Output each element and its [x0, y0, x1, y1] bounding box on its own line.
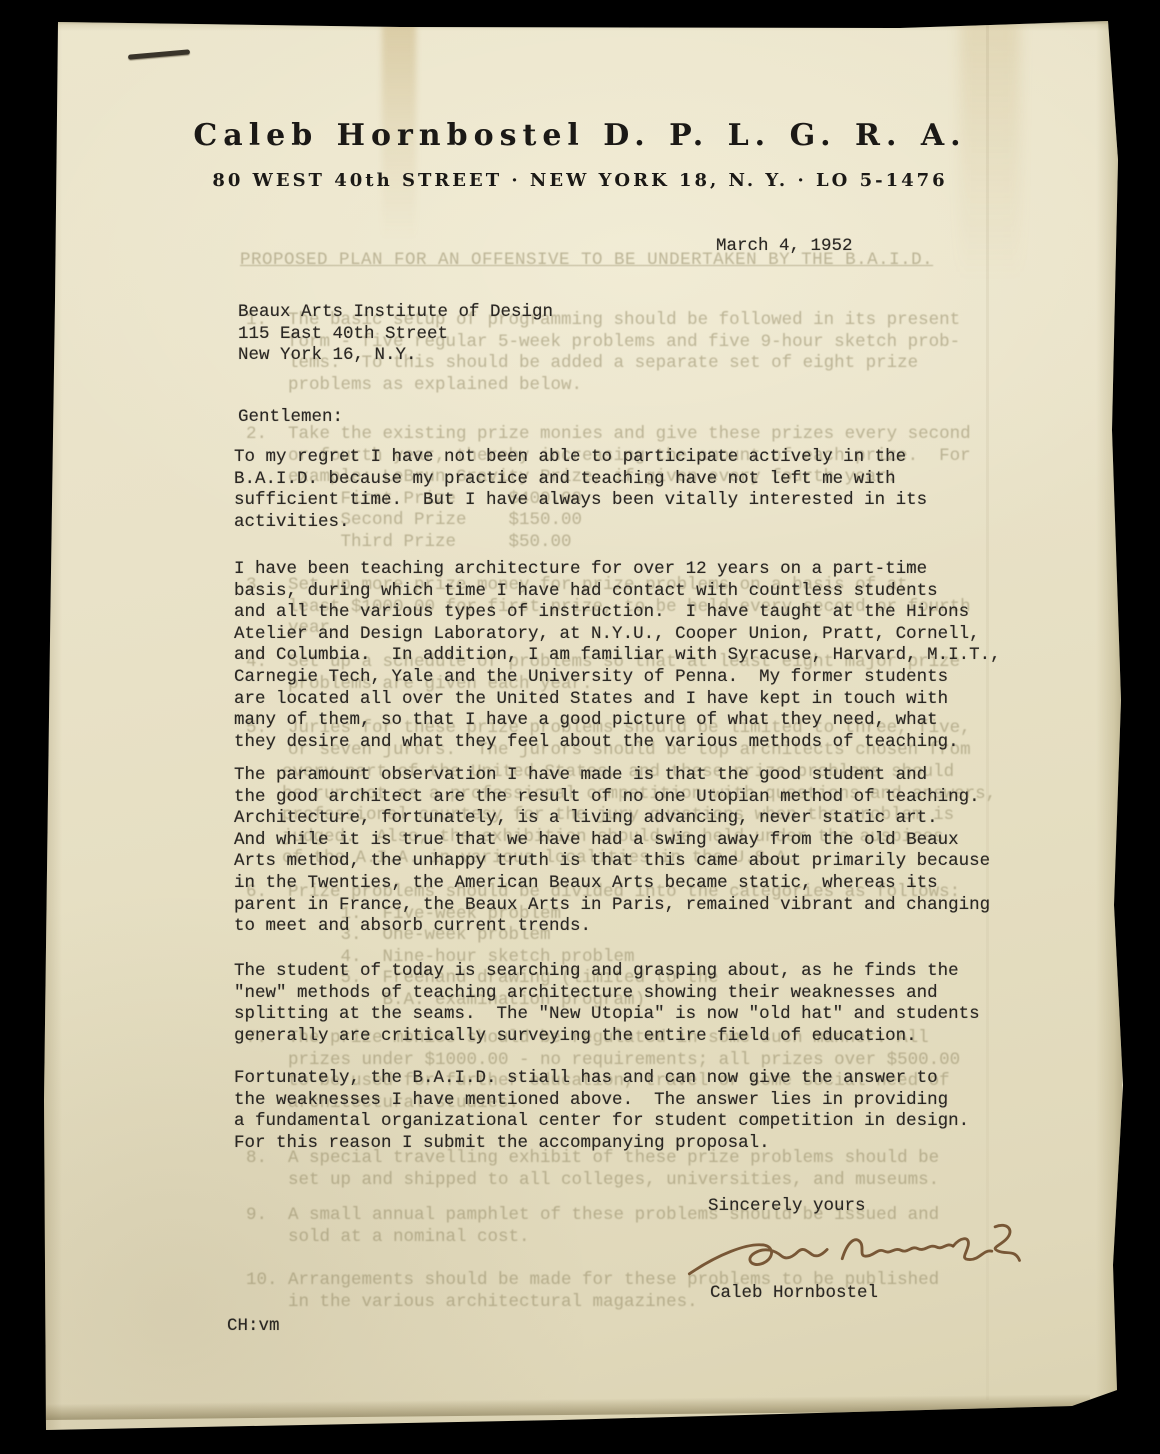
letterhead-name: Caleb Hornbostel D. P. L. G. R. A. [0, 118, 1160, 153]
letter-content: Caleb Hornbostel D. P. L. G. R. A. 80 WE… [0, 0, 1160, 1454]
paragraph-4: The student of today is searching and gr… [234, 961, 980, 1047]
paragraph-1: To my regret I have not been able to par… [234, 447, 927, 533]
recipient-address: Beaux Arts Institute of Design 115 East … [238, 302, 553, 367]
signer-name: Caleb Hornbostel [710, 1283, 878, 1305]
salutation: Gentlemen: [238, 407, 343, 429]
paragraph-5: Fortunately, the B.A.I.D. stiall has and… [234, 1068, 969, 1154]
paragraph-3: The paramount observation I have made is… [234, 765, 990, 938]
letterhead-address: 80 WEST 40th STREET · NEW YORK 18, N. Y.… [0, 170, 1160, 191]
typist-reference: CH:vm [227, 1316, 280, 1338]
paper-sheet: PROPOSED PLAN FOR AN OFFENSIVE TO BE UND… [0, 0, 1160, 1454]
signature-handwritten [686, 1214, 1022, 1290]
scanned-letter: PROPOSED PLAN FOR AN OFFENSIVE TO BE UND… [0, 0, 1160, 1454]
paragraph-2: I have been teaching architecture for ov… [234, 559, 1001, 753]
date-line: March 4, 1952 [716, 236, 853, 258]
